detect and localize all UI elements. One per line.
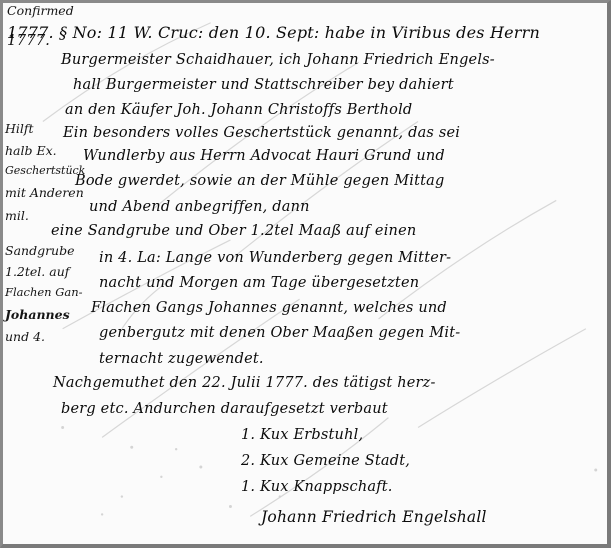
text-line: genbergutz mit denen Ober Maaßen gegen M… <box>99 325 460 341</box>
text-line: 2. Kux Gemeine Stadt, <box>241 453 410 469</box>
text-line: Burgermeister Schaidhauer, ich Johann Fr… <box>61 52 495 68</box>
text-line: eine Sandgrube und Ober 1.2tel Maaß auf … <box>51 223 416 239</box>
margin-note: mil. <box>5 208 29 223</box>
margin-note: Flachen Gan- <box>5 285 83 299</box>
text-line: nacht und Morgen am Tage übergesetzten <box>99 275 419 291</box>
text-line: 1. Kux Knappschaft. <box>241 479 393 495</box>
signature: Johann Friedrich Engelshall <box>261 508 487 526</box>
margin-note: Hilft <box>5 121 34 136</box>
text-line: in 4. La: Lange von Wunderberg gegen Mit… <box>99 250 451 266</box>
text-line: an den Käufer Joh. Johann Christoffs Ber… <box>65 102 412 118</box>
text-line: Flachen Gangs Johannes genannt, welches … <box>91 300 447 316</box>
text-line: Nachgemuthet den 22. Julii 1777. des tät… <box>53 375 436 391</box>
margin-note: Sandgrube <box>5 243 75 258</box>
margin-note: Geschertstück <box>5 164 85 177</box>
margin-note: mit Anderen <box>5 185 84 200</box>
text-line: 1777. § No: 11 W. Cruc: den 10. Sept: ha… <box>7 23 540 42</box>
margin-note: und 4. <box>5 329 45 344</box>
text-line: berg etc. Andurchen daraufgesetzt verbau… <box>61 401 388 417</box>
text-line: hall Burgermeister und Stattschreiber be… <box>73 77 454 93</box>
text-line: Wundlerby aus Herrn Advocat Hauri Grund … <box>83 148 445 164</box>
text-line: Ein besonders volles Geschertstück genan… <box>63 125 460 141</box>
manuscript-page: Confirmed 1777. Hilft halb Ex. Gescherts… <box>0 0 611 548</box>
text-line: ternacht zugewendet. <box>99 351 264 367</box>
text-line: und Abend anbegriffen, dann <box>89 199 310 215</box>
margin-note: Confirmed <box>7 3 74 18</box>
margin-note: Johannes <box>5 307 70 322</box>
margin-note: halb Ex. <box>5 143 57 158</box>
margin-note: 1.2tel. auf <box>5 264 69 279</box>
text-line: 1. Kux Erbstuhl, <box>241 427 363 443</box>
text-line: Bode gwerdet, sowie an der Mühle gegen M… <box>75 173 444 189</box>
